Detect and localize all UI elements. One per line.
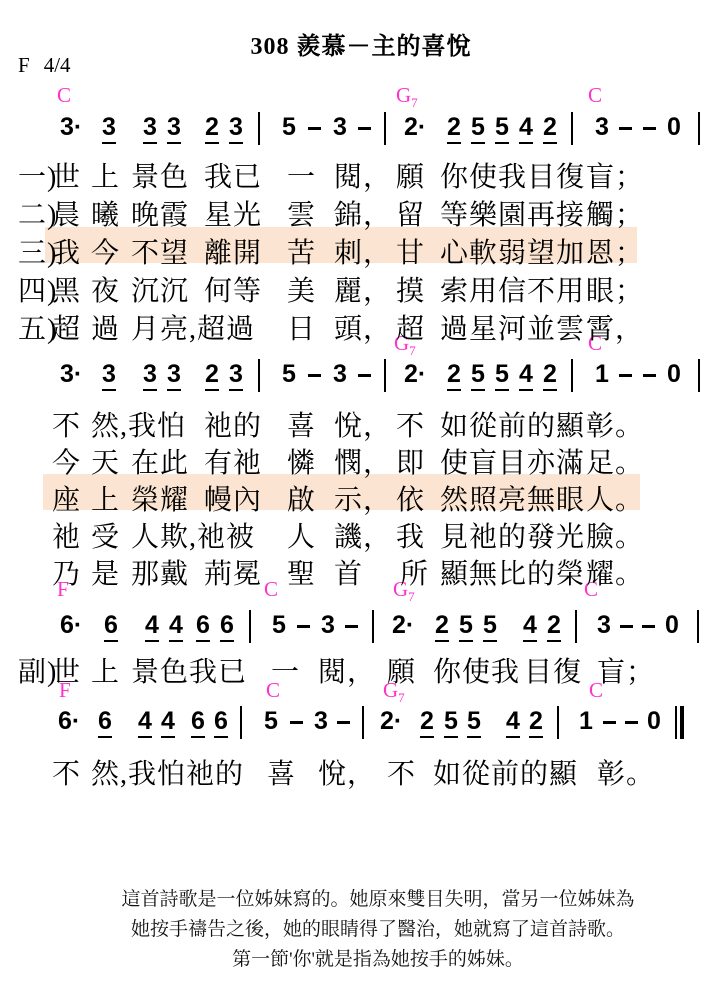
lyric-segment: 不: [396, 404, 425, 444]
note-digit: 5: [483, 612, 497, 642]
lyric-segment: 使盲目亦滿: [440, 441, 585, 481]
chord-row: CG7C: [0, 83, 722, 109]
note-digit: 6: [196, 612, 210, 642]
lyric-segment: 超: [396, 307, 425, 347]
lyric-row: 今天在此有祂憐憫，即使盲目亦滿足。: [0, 441, 722, 477]
lyric-segment: 人: [287, 515, 316, 555]
note-digit: 2: [543, 361, 557, 391]
chord-symbol: C: [57, 83, 71, 108]
lyric-segment: 盲；: [597, 650, 655, 690]
lyric-row: 副)世上景色我已一閱，願你使我目復盲；: [0, 650, 722, 686]
note-digit: 5: [264, 708, 278, 735]
lyric-segment: 苦: [287, 231, 316, 271]
note-digit: 5: [459, 612, 473, 642]
lyric-segment: 荊冕: [204, 552, 262, 592]
dash-note-icon: [297, 625, 310, 628]
lyric-segment: 彰。: [586, 404, 644, 444]
note-digit: 6: [191, 708, 205, 738]
note-digit: 3: [321, 612, 335, 639]
lyric-segment: 彰。: [597, 752, 655, 792]
lyric-segment: 錦，: [334, 193, 392, 233]
lyric-segment: 乃: [52, 552, 81, 592]
lyric-segment: 觸；: [586, 193, 644, 233]
note-digit: 4: [161, 708, 175, 738]
dash-note-icon: [308, 127, 321, 130]
lyric-segment: 足。: [586, 441, 644, 481]
lyric-segment: 有祂: [204, 441, 262, 481]
lyric-segment: 上: [91, 155, 120, 195]
note-digit: 4: [519, 361, 533, 391]
lyric-segment: 你使我目復: [440, 155, 585, 195]
lyric-segment: 晨: [52, 193, 81, 233]
note-digit: 2·: [392, 612, 414, 639]
lyric-segment: 悅，: [318, 752, 376, 792]
lyric-segment: 摸: [396, 269, 425, 309]
lyric-segment: 閱，: [318, 650, 376, 690]
chord-symbol: G7: [396, 83, 418, 108]
barline-icon: [240, 706, 242, 739]
lyric-segment: 等樂園再接: [440, 193, 585, 233]
dash-note-icon: [643, 127, 656, 130]
barline-icon: [571, 112, 573, 145]
lyric-segment: 黑: [52, 269, 81, 309]
lyric-segment: 幔內: [204, 478, 262, 518]
footer-note-line-1: 這首詩歌是一位姊妹寫的。她原來雙目失明，當另一位姊妹為: [34, 884, 722, 911]
note-digit: 2: [447, 114, 461, 144]
note-digit: 3: [314, 708, 328, 735]
music-row: 3·33323532·2554210: [0, 361, 722, 397]
barline-icon: [258, 359, 260, 392]
lyric-segment: 榮耀: [131, 478, 189, 518]
dash-note-icon: [603, 721, 616, 724]
lyric-segment: 是: [91, 552, 120, 592]
lyric-segment: 祂: [52, 515, 81, 555]
note-digit: 0: [665, 612, 679, 639]
note-digit: 5: [282, 361, 296, 388]
barline-icon: [249, 610, 251, 643]
music-row: 6·64466532·2554230: [0, 612, 722, 648]
lyric-segment: 願: [396, 155, 425, 195]
page-title: 308 羨慕－主的喜悅: [0, 26, 722, 61]
lyric-segment: 晚霞: [131, 193, 189, 233]
lyric-segment: 我已: [204, 155, 262, 195]
note-digit: 6·: [58, 708, 80, 735]
lyric-segment: 人。: [586, 478, 644, 518]
lyric-segment: 一: [271, 650, 300, 690]
chord-symbol: C: [588, 83, 602, 108]
barline-icon: [362, 706, 364, 739]
lyric-row: 一)世上景色我已一閱，願你使我目復盲；: [0, 155, 722, 191]
note-digit: 6: [98, 708, 112, 738]
lyric-segment: 景色我已: [131, 650, 247, 690]
note-digit: 4: [519, 114, 533, 144]
lyric-segment: 喜: [287, 404, 316, 444]
note-digit: 1: [595, 361, 609, 388]
lyric-segment: 離開: [204, 231, 262, 271]
lyric-segment: 喜: [267, 752, 296, 792]
lyric-row: 不然,我怕祂的喜悅，不如從前的顯彰。: [0, 404, 722, 440]
lyric-segment: 過: [91, 307, 120, 347]
lyric-segment: 景色: [131, 155, 189, 195]
note-digit: 2·: [380, 708, 402, 735]
dash-note-icon: [642, 625, 655, 628]
lyric-row: 不然,我怕祂的喜悅，不如從前的顯彰。: [0, 752, 722, 788]
lyric-segment: 顯無比的榮: [440, 552, 585, 592]
lyric-segment: 索用信不用: [440, 269, 585, 309]
lyric-segment: 我: [396, 515, 425, 555]
dash-note-icon: [290, 721, 303, 724]
note-digit: 5: [495, 361, 509, 391]
barline-icon: [557, 706, 559, 739]
note-digit: 2: [435, 612, 449, 642]
barline-icon: [698, 359, 700, 392]
lyric-segment: 受: [91, 515, 120, 555]
lyric-segment: 星光: [204, 193, 262, 233]
lyric-segment: 不望: [131, 231, 189, 271]
lyric-segment: 目復: [524, 650, 582, 690]
lyric-segment: 超: [52, 307, 81, 347]
note-digit: 5: [471, 114, 485, 144]
lyric-segment: 示，: [334, 478, 392, 518]
lyric-segment: 然,我怕祂的: [91, 752, 244, 792]
note-digit: 5: [444, 708, 458, 738]
lyric-segment: 上: [91, 650, 120, 690]
lyric-segment: 聖: [287, 552, 316, 592]
note-digit: 2: [447, 361, 461, 391]
note-digit: 0: [647, 708, 661, 735]
lyric-segment: 恩；: [586, 231, 644, 271]
lyric-segment: 上: [91, 478, 120, 518]
lyric-segment: 如從前的顯: [440, 404, 585, 444]
lyric-segment: 悅，: [334, 404, 392, 444]
note-digit: 2: [205, 114, 219, 144]
note-digit: 0: [667, 361, 681, 388]
note-digit: 3: [143, 114, 157, 144]
lyric-segment: 眼；: [586, 269, 644, 309]
lyric-segment: 人欺,祂被: [131, 515, 255, 555]
lyric-segment: 天: [91, 441, 120, 481]
lyric-segment: 憐: [287, 441, 316, 481]
lyric-segment: 沉沉: [131, 269, 189, 309]
dash-note-icon: [620, 625, 633, 628]
note-digit: 2: [543, 114, 557, 144]
music-row: 3·33323532·2554230: [0, 114, 722, 150]
note-digit: 3: [229, 114, 243, 144]
lyric-segment: 首: [334, 552, 363, 592]
note-digit: 3: [102, 361, 116, 391]
lyric-segment: 臉。: [586, 515, 644, 555]
lyric-row: 三)我今不望離開苦刺，甘心軟弱望加恩；: [0, 231, 722, 267]
note-digit: 3: [595, 114, 609, 141]
time-signature: 4/4: [44, 53, 71, 77]
note-digit: 5: [471, 361, 485, 391]
lyric-segment: 如從前: [433, 752, 520, 792]
lyric-segment: 美: [287, 269, 316, 309]
note-digit: 3: [229, 361, 243, 391]
lyric-segment: 世: [52, 155, 81, 195]
lyric-segment: 不: [52, 404, 81, 444]
lyric-segment: 耀。: [586, 552, 644, 592]
note-digit: 6: [104, 612, 118, 642]
note-digit: 4: [169, 612, 183, 642]
lyric-segment: 即: [396, 441, 425, 481]
barline-icon: [384, 112, 386, 145]
dash-note-icon: [358, 127, 371, 130]
lyric-segment: 啟: [287, 478, 316, 518]
double-barline-icon: [675, 706, 684, 739]
note-digit: 1: [579, 708, 593, 735]
lyric-row: 座上榮耀幔內啟示，依然照亮無眼人。: [0, 478, 722, 514]
note-digit: 3·: [60, 114, 82, 141]
lyric-segment: 見祂的發光: [440, 515, 585, 555]
dash-note-icon: [358, 374, 371, 377]
note-digit: 2: [205, 361, 219, 391]
note-digit: 2·: [404, 114, 426, 141]
note-digit: 3·: [60, 361, 82, 388]
lyric-segment: 刺，: [334, 231, 392, 271]
lyric-segment: 世: [52, 650, 81, 690]
lyric-segment: 夜: [91, 269, 120, 309]
lyric-segment: 留: [396, 193, 425, 233]
lyric-segment: 霄，: [586, 307, 644, 347]
lyric-segment: 過星河並雲: [440, 307, 585, 347]
lyric-segment: 所: [400, 552, 429, 592]
lyric-row: 四)黑夜沉沉何等美麗，摸索用信不用眼；: [0, 269, 722, 305]
note-digit: 2: [547, 612, 561, 642]
dash-note-icon: [625, 721, 638, 724]
lyric-segment: 日: [287, 307, 316, 347]
lyric-segment: 不: [52, 752, 81, 792]
lyric-segment: 在此: [131, 441, 189, 481]
dash-note-icon: [345, 625, 358, 628]
barline-icon: [575, 610, 577, 643]
lyric-segment: 祂的: [204, 404, 262, 444]
hymn-sheet: 308 羨慕－主的喜悅 F4/4 這首詩歌是一位姊妹寫的。她原來雙目失明，當另一…: [0, 0, 722, 991]
note-digit: 5: [467, 708, 481, 738]
lyric-segment: 頭，: [334, 307, 392, 347]
note-digit: 2: [420, 708, 434, 738]
barline-icon: [698, 112, 700, 145]
lyric-segment: 甘: [396, 231, 425, 271]
note-digit: 5: [282, 114, 296, 141]
lyric-segment: 月亮,超過: [131, 307, 255, 347]
lyric-segment: 心軟弱望加: [440, 231, 585, 271]
lyric-segment: 那戴: [131, 552, 189, 592]
note-digit: 4: [506, 708, 520, 738]
note-digit: 3: [167, 361, 181, 391]
lyric-row: 五)超過月亮,超過日頭，超過星河並雲霄，: [0, 307, 722, 343]
note-digit: 3: [143, 361, 157, 391]
note-digit: 3: [333, 361, 347, 388]
footer-note-line-2: 她按手禱告之後，她的眼睛得了醫治，她就寫了這首詩歌。: [34, 914, 722, 941]
lyric-segment: 依: [396, 478, 425, 518]
lyric-row: 祂受人欺,祂被人譏，我見祂的發光臉。: [0, 515, 722, 551]
lyric-segment: 願: [387, 650, 416, 690]
note-digit: 2: [529, 708, 543, 738]
lyric-segment: 今: [91, 231, 120, 271]
note-digit: 4: [145, 612, 159, 642]
lyric-segment: 我: [52, 231, 81, 271]
lyric-segment: 一: [287, 155, 316, 195]
note-digit: 2·: [404, 361, 426, 388]
lyric-segment: 譏，: [334, 515, 392, 555]
note-digit: 0: [667, 114, 681, 141]
note-digit: 3: [597, 612, 611, 639]
note-digit: 5: [495, 114, 509, 144]
note-digit: 3: [333, 114, 347, 141]
lyric-segment: 座: [52, 478, 81, 518]
lyric-segment: 閱，: [334, 155, 392, 195]
music-row: 6·64466532·2554210: [0, 708, 722, 744]
note-digit: 5: [272, 612, 286, 639]
footer-note-line-3: 第一節'你'就是指為她按手的姊妹。: [34, 944, 722, 971]
dash-note-icon: [619, 127, 632, 130]
lyric-segment: 憫，: [334, 441, 392, 481]
barline-icon: [697, 610, 699, 643]
lyric-segment: 你使我: [433, 650, 520, 690]
lyric-segment: 今: [52, 441, 81, 481]
lyric-row: 二)晨曦晚霞星光雲錦，留等樂園再接觸；: [0, 193, 722, 229]
lyric-segment: 的顯: [520, 752, 578, 792]
lyric-row: 乃是那戴荊冕聖首所顯無比的榮耀。: [0, 552, 722, 588]
key-letter: F: [18, 53, 30, 77]
lyric-segment: 麗，: [334, 269, 392, 309]
barline-icon: [372, 610, 374, 643]
note-digit: 6: [220, 612, 234, 642]
note-digit: 4: [138, 708, 152, 738]
lyric-segment: 盲；: [586, 155, 644, 195]
lyric-segment: 曦: [91, 193, 120, 233]
lyric-segment: 不: [387, 752, 416, 792]
dash-note-icon: [643, 374, 656, 377]
barline-icon: [571, 359, 573, 392]
lyric-segment: 然照亮無眼: [440, 478, 585, 518]
barline-icon: [384, 359, 386, 392]
key-signature: F4/4: [18, 53, 71, 78]
note-digit: 3: [102, 114, 116, 144]
note-digit: 3: [167, 114, 181, 144]
note-digit: 6·: [60, 612, 82, 639]
dash-note-icon: [308, 374, 321, 377]
barline-icon: [258, 112, 260, 145]
dash-note-icon: [337, 721, 350, 724]
dash-note-icon: [619, 374, 632, 377]
note-digit: 6: [214, 708, 228, 738]
note-digit: 4: [523, 612, 537, 642]
lyric-segment: 何等: [204, 269, 262, 309]
lyric-segment: 雲: [287, 193, 316, 233]
lyric-segment: 然,我怕: [91, 404, 186, 444]
